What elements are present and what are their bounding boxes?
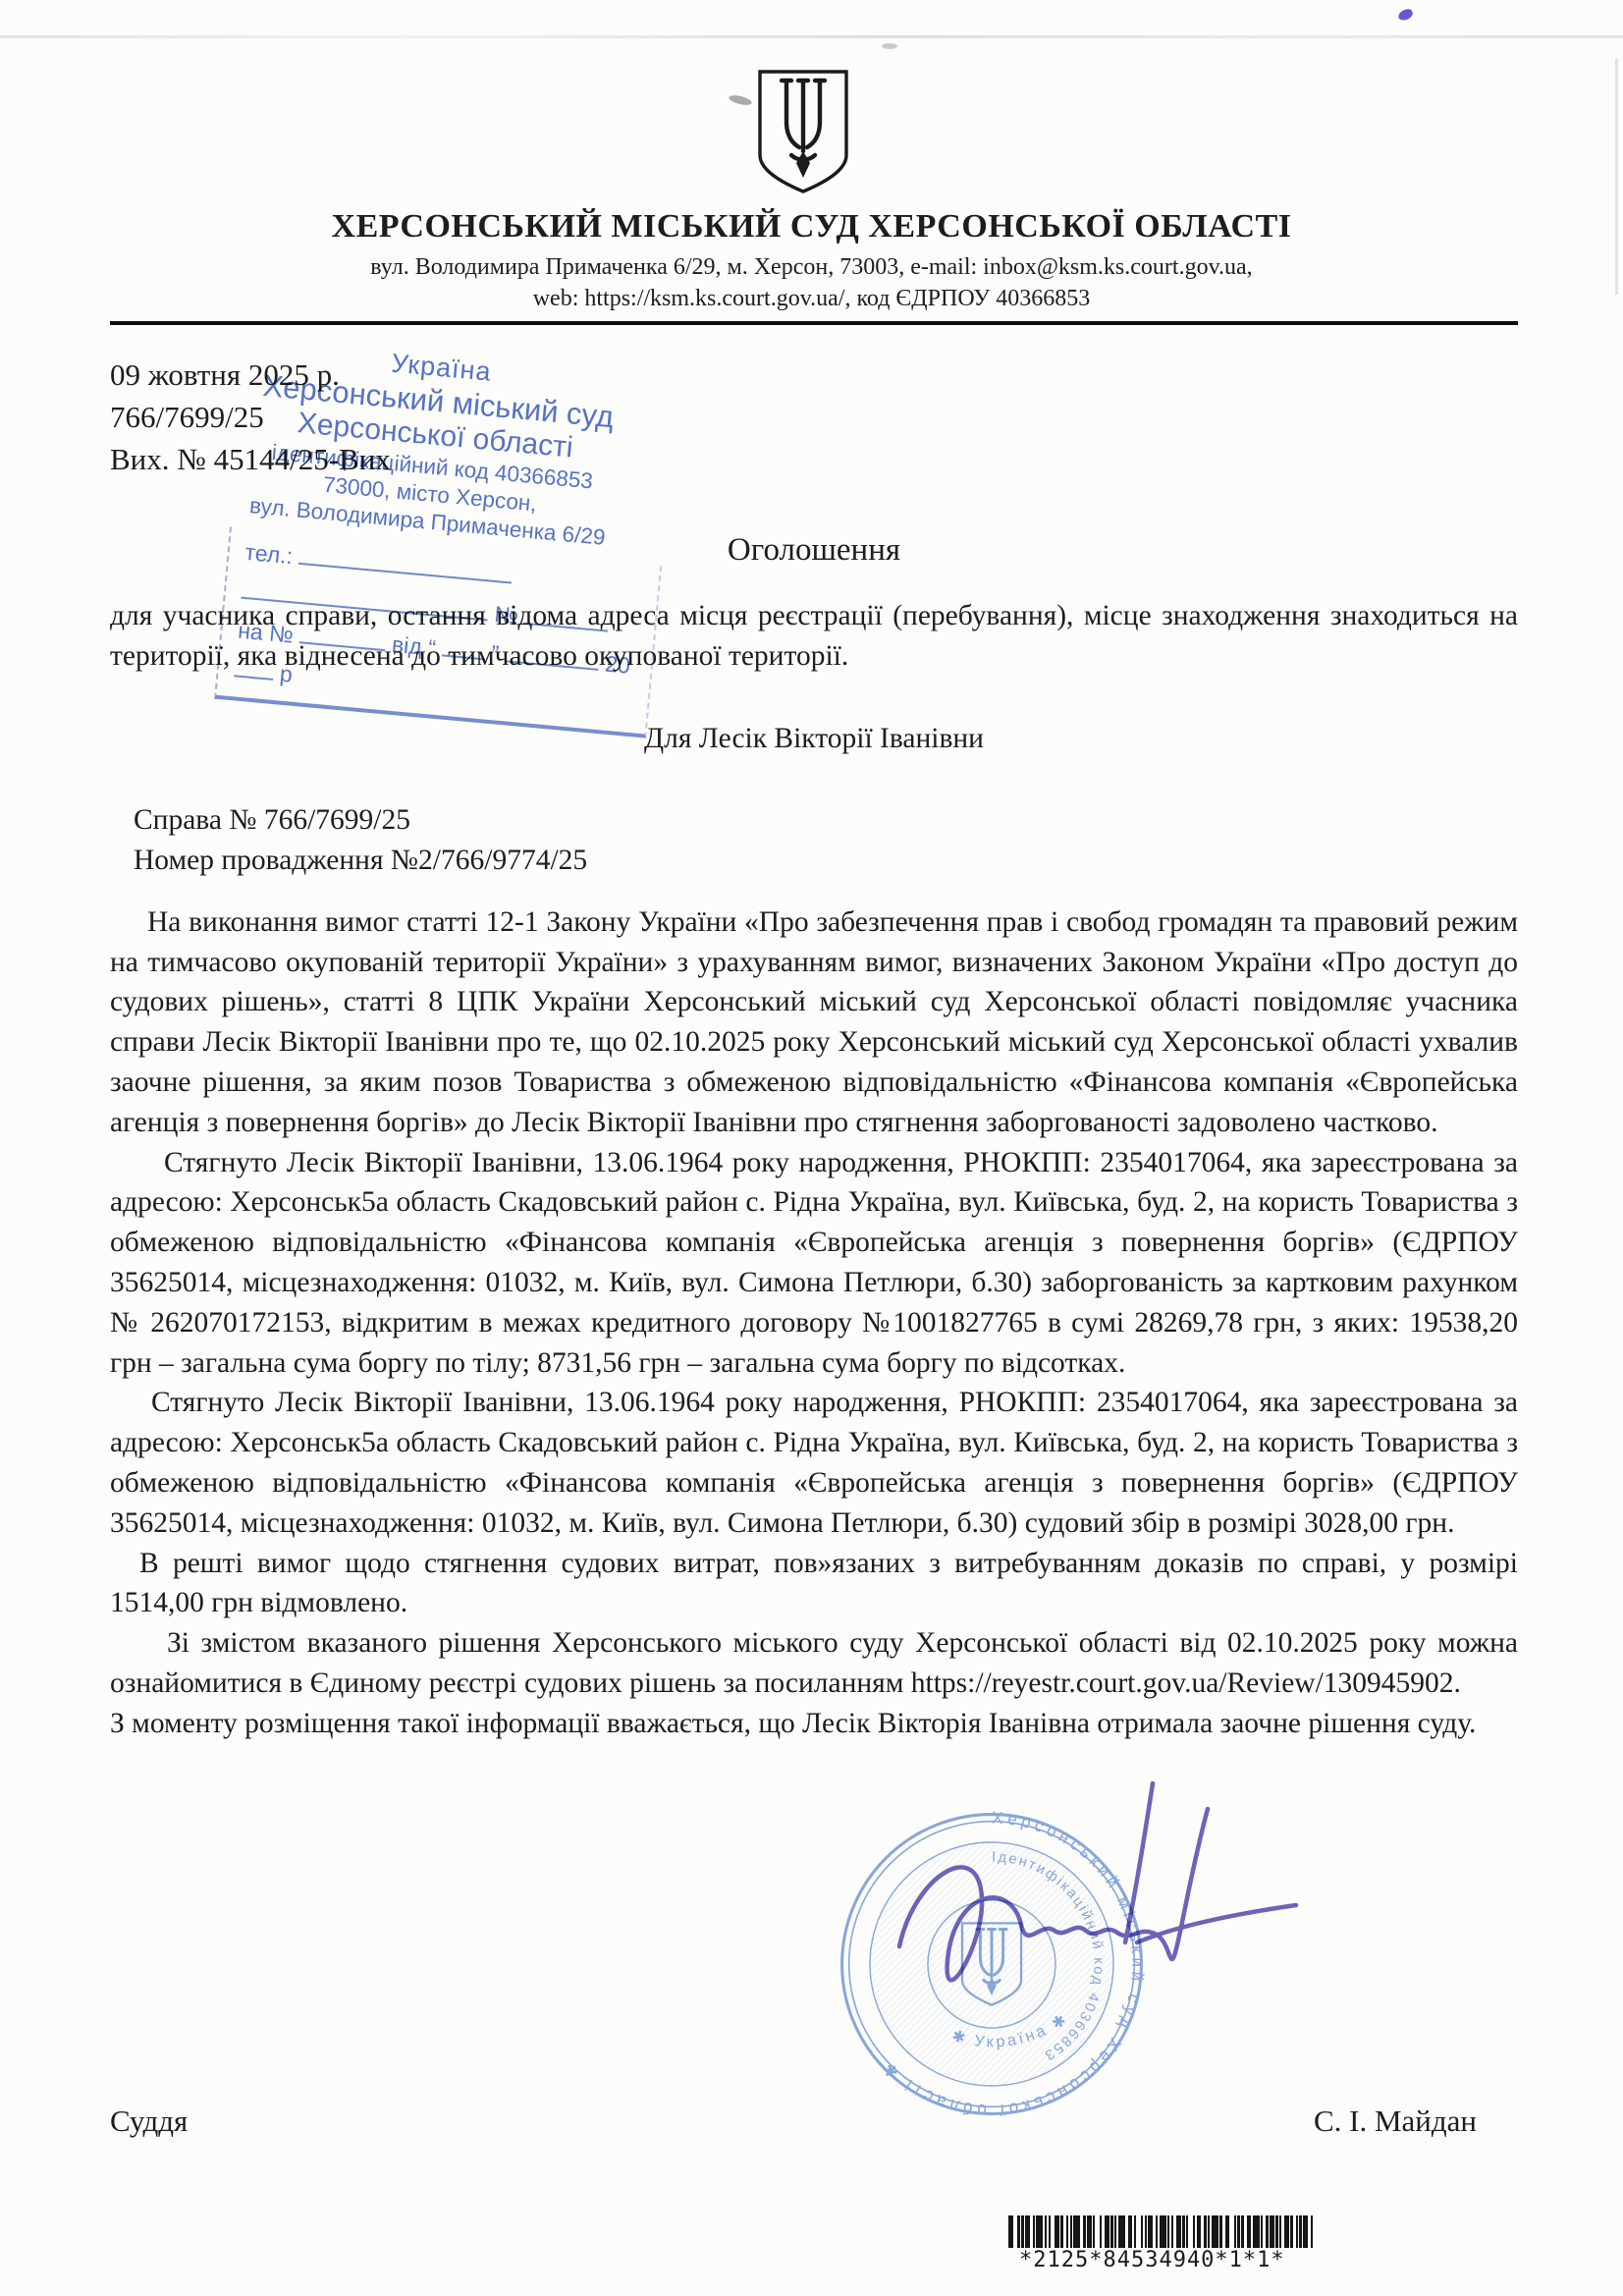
- court-name: ХЕРСОНСЬКИЙ МІСЬКИЙ СУД ХЕРСОНСЬКОЇ ОБЛА…: [0, 208, 1623, 246]
- stamp-underline: [298, 541, 514, 584]
- barcode-bar: [1156, 2215, 1158, 2248]
- proceeding-line: Номер провадження №2/766/9774/25: [134, 841, 1518, 881]
- barcode-bar: [1208, 2215, 1210, 2248]
- stamp-tel-label: тел.:: [244, 539, 295, 569]
- barcode-bar: [1141, 2215, 1143, 2248]
- ukraine-trident-emblem-icon: [752, 69, 854, 194]
- body-paragraph: Стягнуто Лесік Вікторії Іванівни, 13.06.…: [110, 1383, 1518, 1543]
- scan-edge-artifact: [0, 35, 1623, 38]
- barcode-bar: [1105, 2215, 1109, 2248]
- body-paragraph: В решті вимог щодо стягнення судових вит…: [110, 1544, 1518, 1624]
- barcode-bar: [1114, 2215, 1116, 2248]
- barcode-bar: [1025, 2215, 1030, 2248]
- barcode-bar: [1279, 2215, 1281, 2248]
- barcode-bar: [1087, 2215, 1092, 2248]
- stamp-year-label: 20: [604, 651, 631, 679]
- barcode-bar: [1284, 2215, 1289, 2248]
- stamp-underline: [441, 632, 486, 660]
- barcode-bar: [1241, 2215, 1243, 2248]
- barcode-bar: [1110, 2215, 1112, 2248]
- barcode-bar: [1275, 2215, 1277, 2248]
- barcode-bar: [1186, 2215, 1188, 2248]
- barcode-bar: [1017, 2215, 1019, 2248]
- stamp-r-label: р: [279, 661, 294, 687]
- barcode-bar: [1060, 2215, 1062, 2248]
- stamp-underline: [298, 620, 387, 651]
- corner-stamp: Україна Херсонський міський суд Херсонсь…: [159, 330, 693, 739]
- body-paragraph: Стягнуто Лесік Вікторії Іванівни, 13.06.…: [110, 1143, 1518, 1384]
- judge-signature: [842, 1774, 1314, 2078]
- barcode-bar: [1083, 2215, 1085, 2248]
- barcode-bar: [1270, 2215, 1274, 2248]
- case-block: Справа № 766/7699/25 Номер провадження №…: [134, 800, 1518, 881]
- barcode-bar: [1171, 2215, 1173, 2248]
- barcode-text: *2125*84534940*1*1*: [998, 2248, 1325, 2272]
- barcode-bar: [1176, 2215, 1181, 2248]
- stamp-na-no-label: на №: [237, 618, 295, 648]
- barcode-block: *2125*84534940*1*1*: [998, 2215, 1325, 2272]
- court-web-line: web: https://ksm.ks.court.gov.ua/, код Є…: [0, 286, 1623, 312]
- case-line: Справа № 766/7699/25: [134, 800, 1518, 841]
- barcode-bar: [1021, 2215, 1023, 2248]
- barcode-bar: [1045, 2215, 1047, 2248]
- barcode-bar: [1049, 2215, 1051, 2248]
- barcode-bar: [1253, 2215, 1260, 2248]
- stamp-quote-close: ”: [490, 640, 500, 667]
- barcode-bar: [1290, 2215, 1292, 2248]
- barcode-bar: [1008, 2215, 1013, 2248]
- barcode-bar: [1036, 2215, 1043, 2248]
- scan-smudge: [728, 93, 752, 107]
- barcode-bar: [1296, 2215, 1298, 2248]
- court-address: вул. Володимира Примаченка 6/29, м. Херс…: [0, 254, 1623, 281]
- stamp-underline: [234, 653, 275, 681]
- barcode-bar: [1093, 2215, 1095, 2248]
- barcode-bar: [1219, 2215, 1221, 2248]
- stamp-underline: [505, 638, 601, 671]
- barcode-bar: [1033, 2215, 1035, 2248]
- barcode-bar: [1182, 2215, 1184, 2248]
- barcode-bar: [1167, 2215, 1169, 2248]
- addressee-line: Для Лесік Вікторії Іванівни: [110, 719, 1518, 759]
- scanned-court-document: ХЕРСОНСЬКИЙ МІСЬКИЙ СУД ХЕРСОНСЬКОЇ ОБЛА…: [0, 0, 1623, 2296]
- barcode-bar: [1237, 2215, 1239, 2248]
- barcode-bar: [1066, 2215, 1068, 2248]
- barcode-bar: [1204, 2215, 1206, 2248]
- judge-label: Суддя: [110, 2104, 188, 2139]
- judge-name: С. І. Майдан: [1314, 2104, 1477, 2139]
- barcode-bar: [1247, 2215, 1252, 2248]
- barcode-bar: [1128, 2215, 1133, 2248]
- barcode-bar: [1055, 2215, 1059, 2248]
- barcode-bar: [1073, 2215, 1080, 2248]
- body-paragraphs: На виконання вимог статті 12-1 Закону Ук…: [110, 902, 1518, 1744]
- barcode-bar: [1118, 2215, 1125, 2248]
- barcode-bar: [1160, 2215, 1166, 2248]
- barcode-bar: [1070, 2215, 1072, 2248]
- barcode-bar: [1261, 2215, 1263, 2248]
- barcode-bar: [1197, 2215, 1202, 2248]
- barcode-bar: [1100, 2215, 1102, 2248]
- barcode-bar: [1145, 2215, 1147, 2248]
- stamp-no-label: №: [493, 601, 519, 629]
- barcode-bar: [1311, 2215, 1313, 2248]
- scan-smudge: [882, 43, 897, 49]
- barcode-bars: [998, 2215, 1325, 2248]
- barcode-bar: [1303, 2215, 1308, 2248]
- barcode-bar: [1212, 2215, 1218, 2248]
- document-body: Оголошення для учасника справи, остання …: [110, 530, 1518, 1744]
- barcode-bar: [1234, 2215, 1236, 2248]
- barcode-bar: [1299, 2215, 1301, 2248]
- stamp-underline: [524, 601, 611, 632]
- judge-row: Суддя С. І. Майдан: [110, 2104, 1477, 2139]
- barcode-bar: [1266, 2215, 1268, 2248]
- stamp-vid-label: від “: [391, 631, 437, 661]
- barcode-bar: [1225, 2215, 1230, 2248]
- ink-mark: [1397, 8, 1414, 22]
- body-paragraph: На виконання вимог статті 12-1 Закону Ук…: [110, 902, 1518, 1143]
- body-paragraph: З моменту розміщення такої інформації вв…: [110, 1704, 1518, 1744]
- barcode-bar: [1134, 2215, 1136, 2248]
- header-rule: [110, 321, 1518, 325]
- barcode-bar: [1193, 2215, 1195, 2248]
- barcode-bar: [1148, 2215, 1153, 2248]
- body-paragraph: Зі змістом вказаного рішення Херсонськог…: [110, 1623, 1518, 1704]
